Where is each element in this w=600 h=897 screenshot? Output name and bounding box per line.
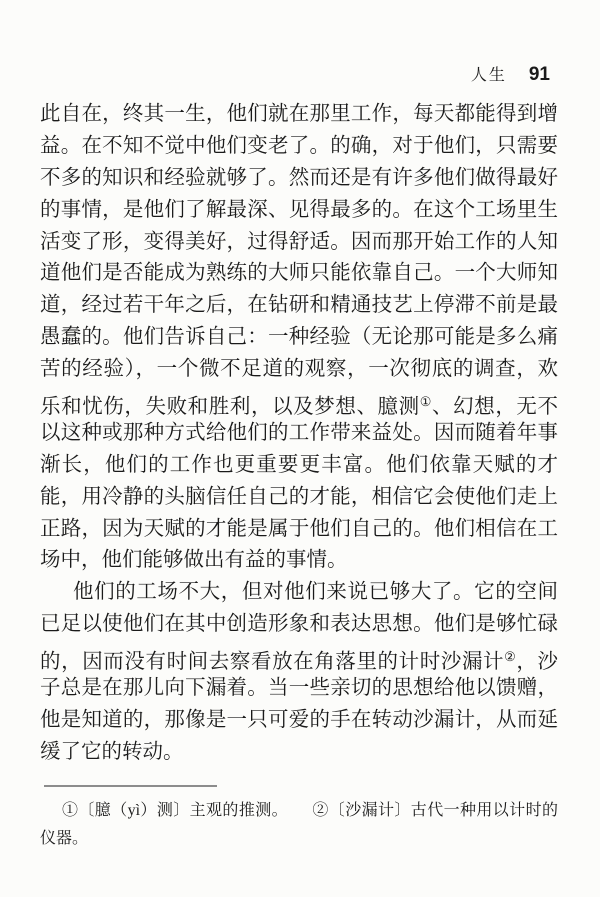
body-line: 已足以使他们在其中创造形象和表达思想。他们是够忙碌 <box>40 609 558 641</box>
body-line-text: 苦的经验），一个微不足道的观察，一次彻底的调查，欢 <box>40 358 558 380</box>
body-line-text: 道他们是否能成为熟练的大师只能依靠自己。一个大师知 <box>40 262 558 284</box>
body-line: 活变了形，变得美好，过得舒适。因而那开始工作的人知 <box>40 227 558 259</box>
body-line-text: 以这种或那种方式给他们的工作带来益处。因而随着年事 <box>40 422 558 444</box>
body-line-text: 已足以使他们在其中创造形象和表达思想。他们是够忙碌 <box>40 613 558 635</box>
body-line-text: 的，因而没有时间去察看放在角落里的计时沙漏计 <box>40 651 504 673</box>
body-line: 的事情，是他们了解最深、见得最多的。在这个工场里生 <box>40 195 558 227</box>
book-page: 人生 91 此自在，终其一生，他们就在那里工作，每天都能得到增益。在不知不觉中他… <box>0 0 600 897</box>
body-line-text: 益。在不知不觉中他们变老了。的确，对于他们，只需要 <box>40 135 558 157</box>
body-line: 场中，他们能够做出有益的事情。 <box>40 545 558 577</box>
body-line-text: 缓了它的转动。 <box>40 741 184 763</box>
body-line-text: 他是知道的，那像是一只可爱的手在转动沙漏计，从而延 <box>40 709 558 731</box>
body-line-text: 乐和忧伤，失败和胜利，以及梦想、臆测 <box>40 396 420 418</box>
body-line: 不多的知识和经验就够了。然而还是有许多他们做得最好 <box>40 163 558 195</box>
footnote-ref-marker: ① <box>420 394 432 409</box>
body-line: 正路，因为天赋的才能是属于他们自己的。他们相信在工 <box>40 514 558 546</box>
body-line-text: 场中，他们能够做出有益的事情。 <box>40 549 348 571</box>
body-line: 此自在，终其一生，他们就在那里工作，每天都能得到增 <box>40 99 558 131</box>
body-line-text: 此自在，终其一生，他们就在那里工作，每天都能得到增 <box>40 103 558 125</box>
body-text: 此自在，终其一生，他们就在那里工作，每天都能得到增益。在不知不觉中他们变老了。的… <box>40 99 558 769</box>
body-line: 苦的经验），一个微不足道的观察，一次彻底的调查，欢 <box>40 354 558 386</box>
body-line: 道，经过若干年之后，在钻研和精通技艺上停滞不前是最 <box>40 290 558 322</box>
body-line: 的，因而没有时间去察看放在角落里的计时沙漏计②，沙 <box>40 641 558 673</box>
body-line: 愚蠢的。他们告诉自己：一种经验（无论那可能是多么痛 <box>40 322 558 354</box>
page-number: 91 <box>529 64 550 86</box>
footnote-1: ①〔臆（yì）测〕主观的推测。 <box>62 802 288 819</box>
running-head: 人生 91 <box>471 62 550 86</box>
body-line: 渐长，他们的工作也更重要更丰富。他们依靠天赋的才 <box>40 450 558 482</box>
body-line: 乐和忧伤，失败和胜利，以及梦想、臆测①、幻想，无不 <box>40 386 558 418</box>
body-line-text: 、幻想，无不 <box>432 396 558 418</box>
body-line-text: 他们的工场不大，但对他们来说已够大了。它的空间 <box>73 581 558 603</box>
body-line-text: 道，经过若干年之后，在钻研和精通技艺上停滞不前是最 <box>40 294 558 316</box>
footnote-divider <box>44 785 217 787</box>
body-line-text: 渐长，他们的工作也更重要更丰富。他们依靠天赋的才 <box>40 454 558 476</box>
footnotes: ①〔臆（yì）测〕主观的推测。②〔沙漏计〕古代一种用以计时的仪器。 <box>40 797 558 852</box>
body-line: 子总是在那儿向下漏着。当一些亲切的思想给他以馈赠， <box>40 673 558 705</box>
body-line-text: 的事情，是他们了解最深、见得最多的。在这个工场里生 <box>40 199 558 221</box>
body-line-text: ，沙 <box>516 651 558 673</box>
body-line: 他们的工场不大，但对他们来说已够大了。它的空间 <box>40 577 558 609</box>
body-line-text: 正路，因为天赋的才能是属于他们自己的。他们相信在工 <box>40 518 558 540</box>
body-line: 益。在不知不觉中他们变老了。的确，对于他们，只需要 <box>40 131 558 163</box>
body-line-text: 子总是在那儿向下漏着。当一些亲切的思想给他以馈赠， <box>40 677 558 699</box>
body-line: 以这种或那种方式给他们的工作带来益处。因而随着年事 <box>40 418 558 450</box>
section-title: 人生 <box>471 62 507 85</box>
body-line-text: 活变了形，变得美好，过得舒适。因而那开始工作的人知 <box>40 231 558 253</box>
body-line-text: 愚蠢的。他们告诉自己：一种经验（无论那可能是多么痛 <box>40 326 558 348</box>
body-line: 他是知道的，那像是一只可爱的手在转动沙漏计，从而延 <box>40 705 558 737</box>
body-line: 能，用冷静的头脑信任自己的才能，相信它会使他们走上 <box>40 482 558 514</box>
body-line-text: 能，用冷静的头脑信任自己的才能，相信它会使他们走上 <box>40 486 558 508</box>
body-line: 缓了它的转动。 <box>40 737 558 769</box>
body-line: 道他们是否能成为熟练的大师只能依靠自己。一个大师知 <box>40 258 558 290</box>
footnote-ref-marker: ② <box>504 649 516 664</box>
body-line-text: 不多的知识和经验就够了。然而还是有许多他们做得最好 <box>40 167 558 189</box>
